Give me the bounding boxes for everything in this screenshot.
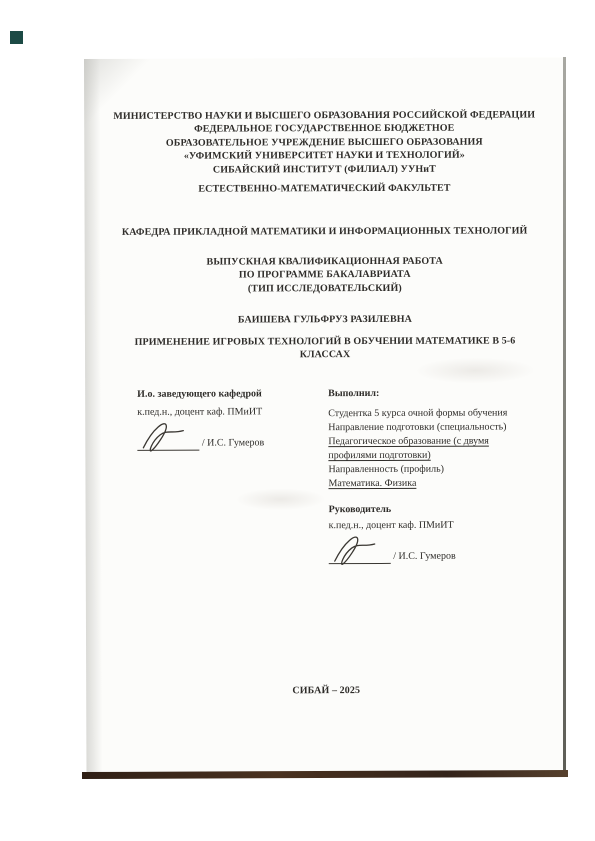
institute-name: СИБАЙСКИЙ ИНСТИТУТ (ФИЛИАЛ) УУНиТ xyxy=(84,162,564,177)
signature-line xyxy=(329,545,391,564)
author-name: БАИШЕВА ГУЛЬФРУЗ РАЗИЛЕВНА xyxy=(85,312,565,327)
supervisor-label: Руководитель xyxy=(329,503,539,515)
approver-degree: к.пед.н., доцент каф. ПМиИТ xyxy=(137,406,327,418)
approver-signature-name: / И.С. Гумеров xyxy=(202,436,264,450)
supervisor-degree: к.пед.н., доцент каф. ПМиИТ xyxy=(329,519,539,531)
approver-position: И.о. заведующего кафедрой xyxy=(137,388,327,400)
scanned-page-canvas: { "doc": { "ministry_lines": [ "МИНИСТЕР… xyxy=(0,0,595,841)
scan-right-edge xyxy=(563,57,566,774)
profile-value: Математика. Физика xyxy=(328,476,538,491)
work-type-line: (ТИП ИССЛЕДОВАТЕЛЬСКИЙ) xyxy=(85,281,565,296)
direction-label: Направление подготовки (специальность) xyxy=(328,420,538,435)
signature-line xyxy=(137,432,199,451)
scan-bottom-edge xyxy=(82,770,568,779)
approver-block: И.о. заведующего кафедрой к.пед.н., доце… xyxy=(137,388,327,454)
document-page: МИНИСТЕРСТВО НАУКИ И ВЫСШЕГО ОБРАЗОВАНИЯ… xyxy=(84,57,566,773)
scan-smudge xyxy=(236,488,326,510)
department-title: КАФЕДРА ПРИКЛАДНОЙ МАТЕМАТИКИ И ИНФОРМАЦ… xyxy=(85,224,565,239)
work-type-block: ВЫПУСКНАЯ КВАЛИФИКАЦИОННАЯ РАБОТА ПО ПРО… xyxy=(85,254,565,296)
ministry-header-block: МИНИСТЕРСТВО НАУКИ И ВЫСШЕГО ОБРАЗОВАНИЯ… xyxy=(84,108,564,177)
performer-block: Выполнил: Студентка 5 курса очной формы … xyxy=(328,387,539,567)
thesis-title: ПРИМЕНЕНИЕ ИГРОВЫХ ТЕХНОЛОГИЙ В ОБУЧЕНИИ… xyxy=(85,334,565,362)
scan-corner-marker xyxy=(10,31,23,44)
supervisor-signature-row: / И.С. Гумеров xyxy=(329,544,539,567)
direction-value-line: Педагогическое образование (с двумя xyxy=(328,434,538,449)
profile-label: Направленность (профиль) xyxy=(328,462,538,477)
thesis-title-line: ПРИМЕНЕНИЕ ИГРОВЫХ ТЕХНОЛОГИЙ В ОБУЧЕНИИ… xyxy=(85,334,565,349)
student-course-line: Студентка 5 курса очной формы обучения xyxy=(328,406,538,421)
ministry-line: МИНИСТЕРСТВО НАУКИ И ВЫСШЕГО ОБРАЗОВАНИЯ… xyxy=(84,108,564,123)
direction-value-line: профилями подготовки) xyxy=(328,448,538,463)
supervisor-signature-name: / И.С. Гумеров xyxy=(393,550,455,564)
thesis-title-line: КЛАССАХ xyxy=(85,348,565,363)
performer-details: Студентка 5 курса очной формы обучения Н… xyxy=(328,406,538,491)
faculty-title: ЕСТЕСТВЕННО-МАТЕМАТИЧЕСКИЙ ФАКУЛЬТЕТ xyxy=(84,181,564,196)
city-year-footer: СИБАЙ – 2025 xyxy=(86,683,566,698)
approver-signature-row: / И.С. Гумеров xyxy=(137,431,327,454)
performed-label: Выполнил: xyxy=(328,387,538,399)
